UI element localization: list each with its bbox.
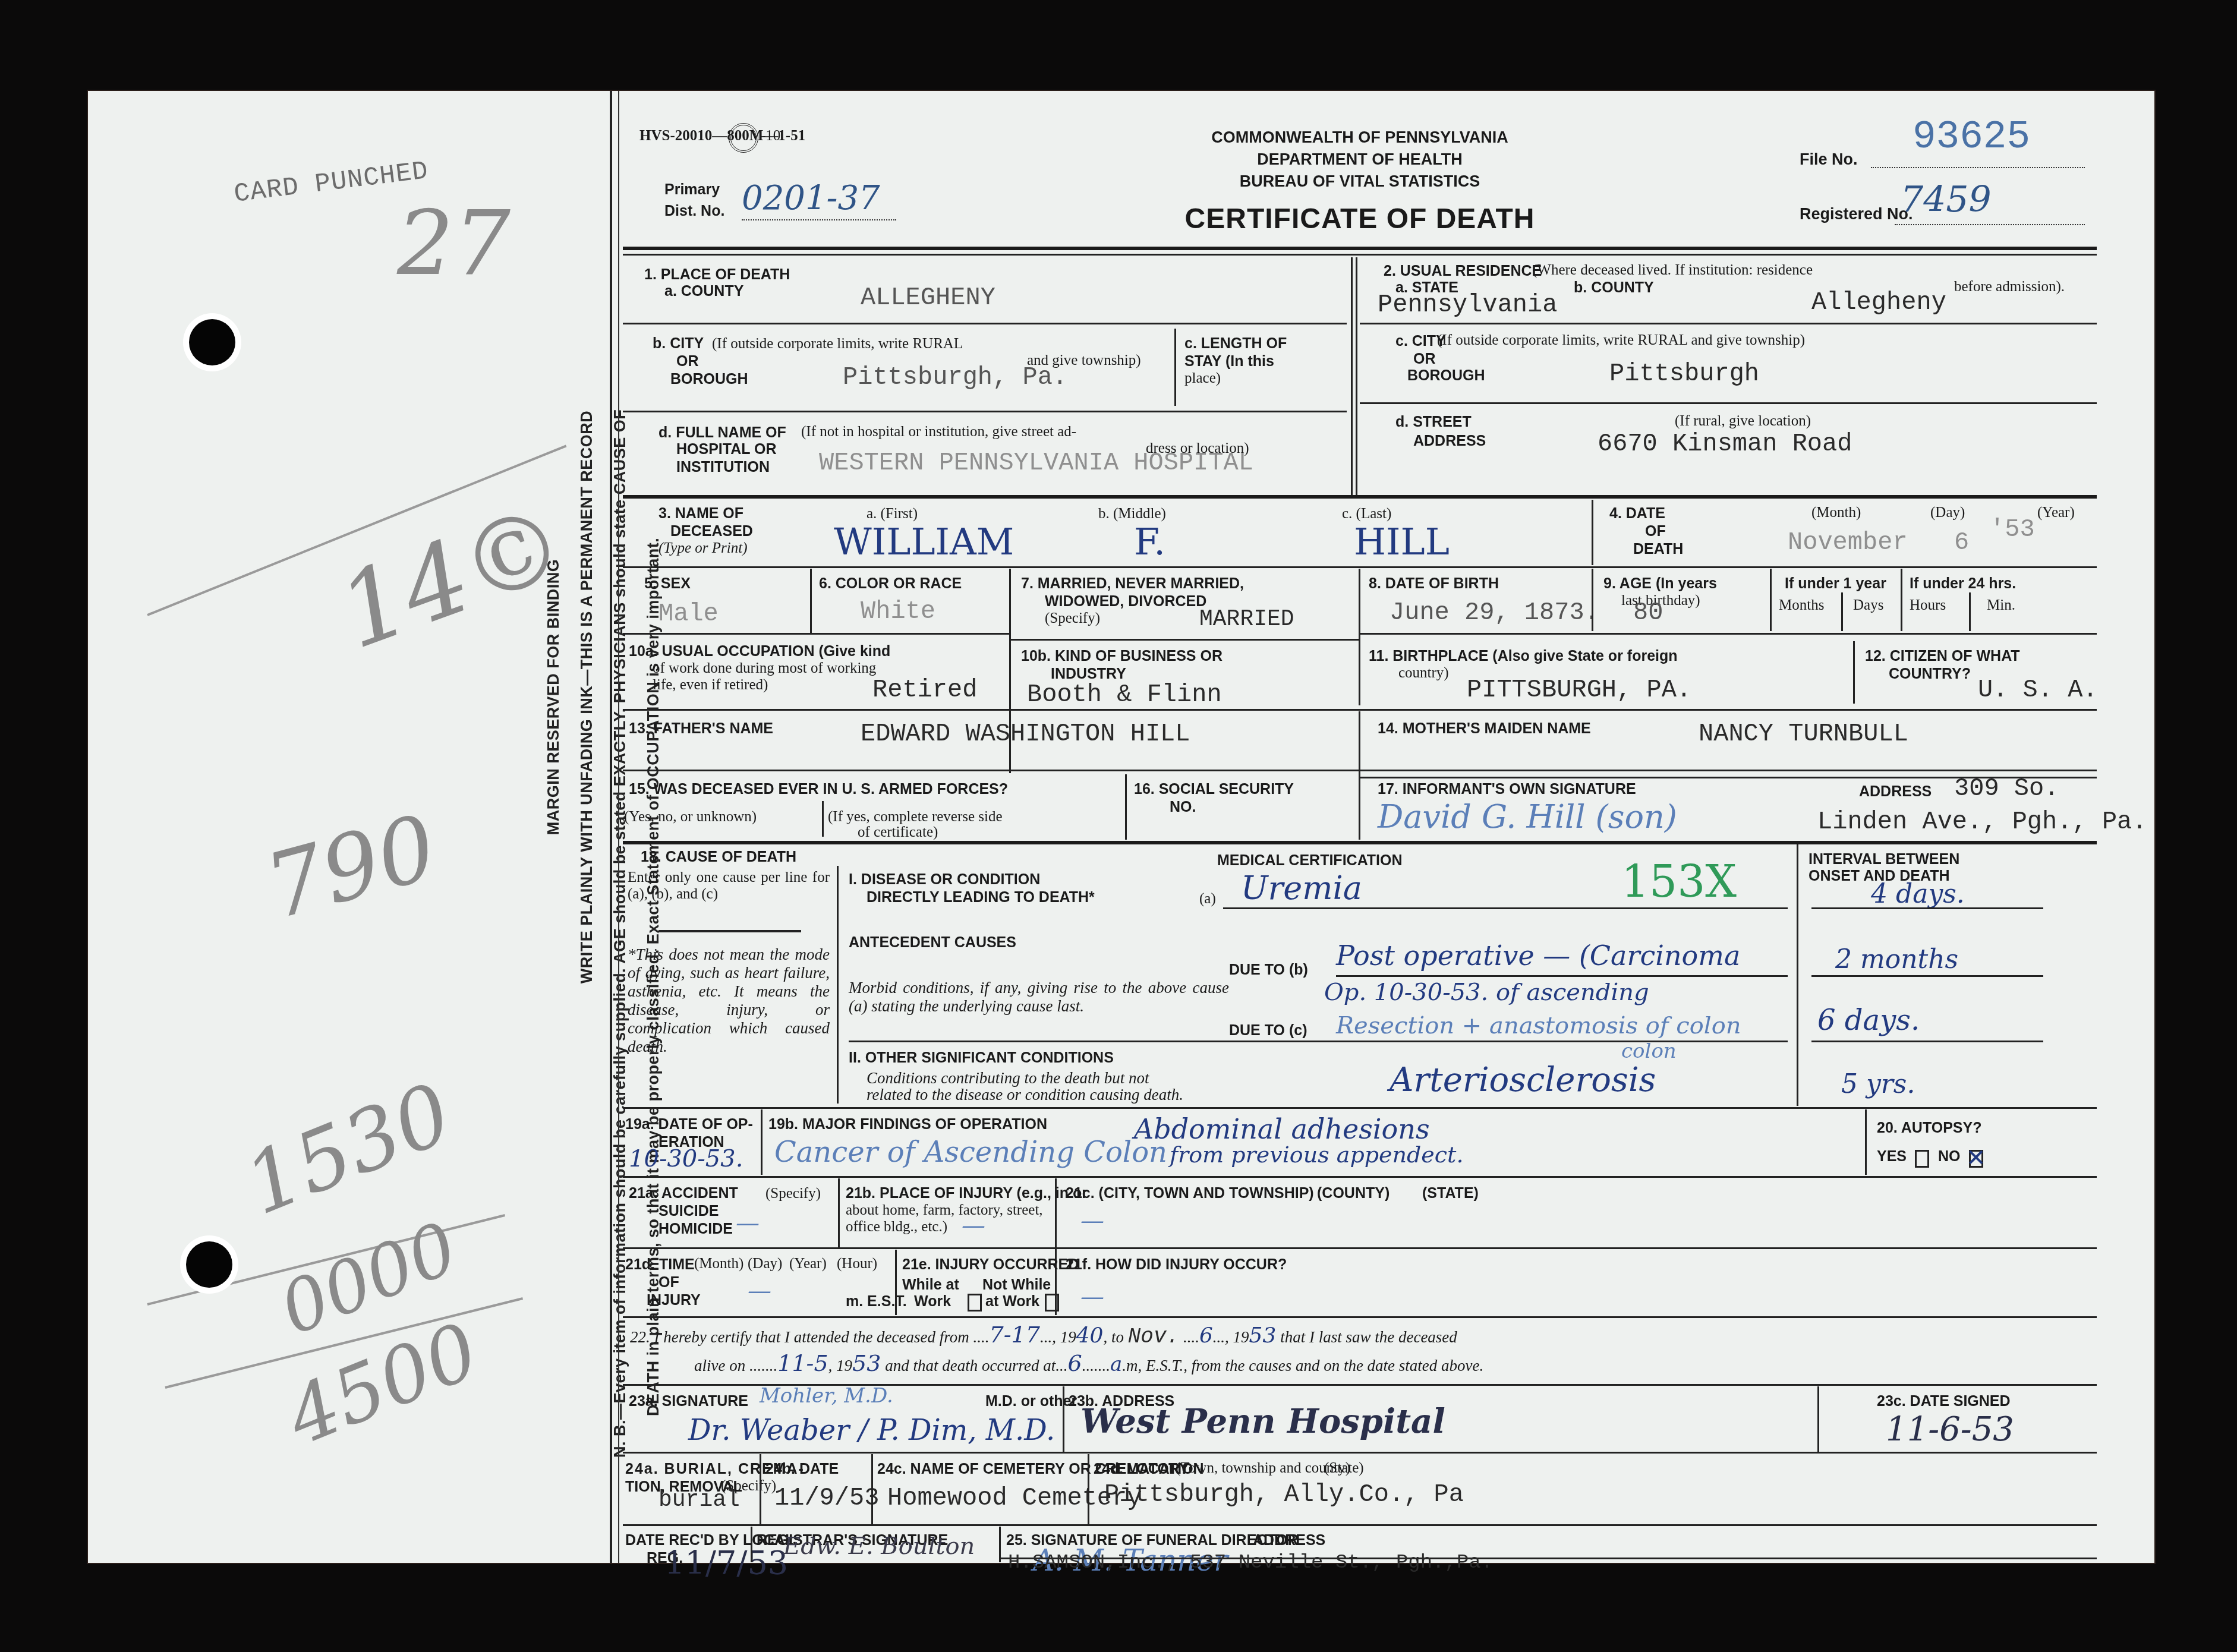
field-label: 23a. SIGNATURE bbox=[629, 1392, 748, 1410]
field-label: 21f. HOW DID INJURY OCCUR? bbox=[1066, 1256, 1287, 1273]
while-at-work-label: Work bbox=[914, 1292, 951, 1310]
residence-street-field[interactable]: 6670 Kinsman Road bbox=[1598, 430, 1852, 458]
how-injury-field[interactable]: — bbox=[1080, 1283, 1104, 1310]
operation-date-field[interactable]: 10-30-53. bbox=[629, 1145, 743, 1172]
divider bbox=[623, 1107, 2097, 1109]
death-day-field[interactable]: 6 bbox=[1954, 528, 1969, 557]
field-label: 13. FATHER'S NAME bbox=[629, 720, 773, 737]
field-label: OR bbox=[676, 352, 699, 370]
field-label: II. OTHER SIGNIFICANT CONDITIONS bbox=[849, 1049, 1114, 1067]
primary-dist-label: Primary Dist. No. bbox=[664, 179, 724, 222]
field-label: 5. SEX bbox=[644, 575, 691, 592]
divider bbox=[1359, 770, 2097, 771]
autopsy-yes-checkbox[interactable] bbox=[1915, 1150, 1929, 1168]
field-label: (STATE) bbox=[1422, 1184, 1479, 1202]
disposition-field[interactable]: burial bbox=[659, 1487, 740, 1513]
divider bbox=[838, 1178, 840, 1247]
divider bbox=[623, 633, 1009, 635]
autopsy-no-label: NO bbox=[1938, 1148, 1961, 1165]
divider bbox=[1359, 709, 2097, 711]
divider bbox=[1174, 329, 1176, 406]
side-instruction: *This does not mean the mode of dying, s… bbox=[628, 945, 830, 1056]
field-note: (Type or Print) bbox=[659, 540, 753, 557]
divider bbox=[871, 1454, 873, 1524]
cause-b-continuation[interactable]: Op. 10-30-53. of ascending bbox=[1324, 979, 1649, 1006]
attended-from-year[interactable]: 40 bbox=[1076, 1323, 1104, 1348]
father-name-field[interactable]: EDWARD WASHINGTON HILL bbox=[861, 720, 1190, 748]
divider bbox=[837, 866, 839, 1104]
divider bbox=[659, 930, 801, 932]
pencil-note: 27 bbox=[397, 192, 511, 295]
certification-text: alive on bbox=[694, 1357, 745, 1374]
field-label: DUE TO (c) bbox=[1229, 1022, 1307, 1039]
divider bbox=[1360, 402, 2097, 404]
autopsy-yes-label: YES bbox=[1877, 1148, 1907, 1165]
field-label: m. E.S.T. bbox=[846, 1292, 907, 1310]
field-label: 21d. TIME bbox=[625, 1256, 695, 1273]
field-label: HOMICIDE bbox=[659, 1220, 733, 1238]
divider bbox=[1088, 1454, 1089, 1524]
field-label: OF bbox=[1609, 522, 1683, 540]
attended-to-month[interactable]: Nov. bbox=[1128, 1325, 1179, 1349]
field-label: OR bbox=[1413, 350, 1436, 368]
divider bbox=[623, 1247, 2097, 1249]
mother-maiden-name-field[interactable]: NANCY TURNBULL bbox=[1699, 720, 1908, 748]
registered-no-field[interactable]: 7459 bbox=[1895, 179, 2085, 225]
field-note: of certificate) bbox=[858, 824, 938, 841]
citizenship-field[interactable]: U. S. A. bbox=[1978, 676, 2098, 704]
field-note: (a) bbox=[1199, 891, 1216, 907]
death-county-field[interactable]: ALLEGHENY bbox=[861, 283, 995, 312]
divider bbox=[1865, 1109, 1867, 1175]
field-label: DECEASED bbox=[659, 522, 753, 540]
divider bbox=[760, 1454, 761, 1524]
field-label: c. LENGTH OF bbox=[1184, 335, 1287, 352]
field-label: 21e. INJURY OCCURRED bbox=[902, 1256, 1079, 1273]
cause-b-line bbox=[1336, 975, 1788, 977]
cause-c-line bbox=[849, 1041, 1788, 1042]
interval-c-line bbox=[1811, 1041, 2043, 1042]
field-label: 12. CITIZEN OF WHAT bbox=[1865, 647, 2020, 665]
field-note: (If not in hospital or institution, give… bbox=[801, 424, 1076, 440]
residence-city-field[interactable]: Pittsburgh bbox=[1609, 360, 1759, 388]
field-note: office bldg., etc.) bbox=[846, 1219, 947, 1235]
cause-c-field[interactable]: Resection + anastomosis of colon bbox=[1336, 1012, 1741, 1039]
field-label: 19b. MAJOR FINDINGS OF OPERATION bbox=[768, 1115, 1047, 1133]
divider bbox=[1592, 500, 1593, 565]
while-at-work-checkbox[interactable] bbox=[968, 1294, 982, 1311]
field-label: b. COUNTY bbox=[1574, 279, 1654, 297]
not-at-work-label: at Work bbox=[985, 1292, 1039, 1310]
hospital-name-field[interactable]: WESTERN PENNSYLVANIA HOSPITAL bbox=[819, 449, 1253, 477]
injury-time-field[interactable]: — bbox=[748, 1277, 771, 1304]
form-border bbox=[618, 91, 619, 1563]
agency-block: COMMONWEALTH OF PENNSYLVANIA DEPARTMENT … bbox=[1146, 127, 1574, 193]
field-label: 15. WAS DECEASED EVER IN U. S. ARMED FOR… bbox=[629, 780, 1008, 798]
physician-signature-field[interactable]: Dr. Weaber / P. Dim, M.D. bbox=[688, 1414, 1055, 1447]
not-at-work-checkbox[interactable] bbox=[1045, 1294, 1059, 1311]
date-signed-field[interactable]: 11-6-53 bbox=[1886, 1410, 2014, 1449]
cause-c-continuation: colon bbox=[1621, 1039, 1677, 1063]
divider bbox=[1359, 711, 1360, 840]
divider bbox=[623, 411, 1347, 412]
field-label: 9. AGE (In years bbox=[1603, 575, 1717, 592]
binding-margin: CARD PUNCHED 27 14© 790 1530 0000 4500 M… bbox=[88, 91, 611, 1563]
field-note: (If outside corporate limits, write RURA… bbox=[712, 336, 963, 352]
last-seen-alive-year[interactable]: 53 bbox=[852, 1350, 881, 1376]
autopsy-no-checkbox[interactable] bbox=[1969, 1150, 1983, 1168]
injury-location-field[interactable]: — bbox=[1080, 1207, 1104, 1234]
item3-label: 3. NAME OF DECEASED (Type or Print) bbox=[659, 505, 753, 557]
death-certificate-paper: CARD PUNCHED 27 14© 790 1530 0000 4500 M… bbox=[88, 91, 2154, 1563]
operation-findings-line3[interactable]: from previous appendect. bbox=[1170, 1142, 1463, 1168]
attended-to-year[interactable]: 53 bbox=[1249, 1323, 1277, 1348]
field-note: (Specify) bbox=[765, 1186, 821, 1202]
field-label: 21b. PLACE OF INJURY (e.g., in or bbox=[846, 1184, 1088, 1202]
field-label: If under 24 hrs. bbox=[1910, 575, 2016, 592]
field-note: (Day) bbox=[1930, 505, 1965, 521]
residence-state-field[interactable]: Pennsylvania bbox=[1378, 291, 1557, 319]
certification-text: , 19 bbox=[1225, 1328, 1249, 1346]
divider bbox=[623, 495, 2097, 499]
divider bbox=[1356, 257, 1357, 495]
informant-signature-field[interactable]: David G. Hill (son) bbox=[1378, 798, 1677, 836]
field-label: SUICIDE bbox=[659, 1202, 719, 1220]
item4-label: 4. DATE OF DEATH bbox=[1609, 505, 1683, 558]
divider bbox=[623, 323, 1347, 324]
divider bbox=[623, 1524, 2097, 1526]
field-label: 3. NAME OF bbox=[659, 505, 753, 522]
divider bbox=[1901, 569, 1902, 631]
certification-text: , 19 bbox=[1052, 1328, 1076, 1346]
item18-cause-of-death: 18. CAUSE OF DEATH MEDICAL CERTIFICATION… bbox=[623, 844, 2097, 1106]
field-note: (Month) bbox=[1811, 505, 1861, 521]
field-label: 2. USUAL RESIDENCE bbox=[1384, 262, 1542, 280]
item2-usual-residence: 2. USUAL RESIDENCE (Where deceased lived… bbox=[1360, 257, 2097, 495]
interval-b-field[interactable]: 2 months bbox=[1835, 944, 1958, 975]
operation-findings-field[interactable]: Cancer of Ascending Colon bbox=[774, 1136, 1167, 1169]
field-label: DUE TO (b) bbox=[1229, 961, 1308, 979]
certification-line-2: alive on .......11-5, 1953 and that deat… bbox=[694, 1354, 1483, 1375]
other-conditions-field[interactable]: Arteriosclerosis bbox=[1390, 1061, 1656, 1099]
field-note: place) bbox=[1184, 370, 1287, 387]
item10a-label: 10a. USUAL OCCUPATION (Give kind of work… bbox=[629, 642, 890, 693]
union-seal-icon bbox=[729, 123, 758, 153]
field-note: related to the disease or condition caus… bbox=[867, 1086, 1183, 1104]
divider bbox=[1817, 1386, 1819, 1452]
field-note: before admission). bbox=[1954, 279, 2065, 295]
file-no-label: File No. bbox=[1800, 150, 1858, 169]
row-operation-autopsy: 19a. DATE OF OP- ERATION 10-30-53. 19b. … bbox=[623, 1109, 2097, 1175]
primary-label: Primary bbox=[664, 179, 724, 200]
margin-reserved-text: MARGIN RESERVED FOR BINDING bbox=[537, 91, 570, 1458]
write-plainly-text: WRITE PLAINLY WITH UNFADING INK—THIS IS … bbox=[570, 91, 603, 1458]
while-at-work-label: While at bbox=[902, 1276, 959, 1294]
interval-a-field[interactable]: 4 days. bbox=[1871, 879, 1965, 909]
field-label: INTERVAL BETWEEN bbox=[1808, 850, 1959, 868]
field-label: ANTECEDENT CAUSES bbox=[849, 934, 1016, 951]
field-label: 20. AUTOPSY? bbox=[1877, 1119, 1981, 1137]
interval-c-field[interactable]: 6 days. bbox=[1817, 1004, 1920, 1037]
sex-field[interactable]: Male bbox=[659, 600, 719, 628]
certification-text: .m, E.S.T., from the causes and on the d… bbox=[1122, 1357, 1483, 1374]
divider bbox=[1592, 569, 1593, 631]
row-injury-type-place: 21a. ACCIDENT SUICIDE HOMICIDE (Specify)… bbox=[623, 1178, 2097, 1247]
field-label: d. STREET bbox=[1395, 413, 1472, 431]
field-label: 11. BIRTHPLACE (Also give State or forei… bbox=[1369, 647, 1678, 665]
death-month-field[interactable]: November bbox=[1788, 528, 1908, 557]
field-note: (Where deceased lived. If institution: r… bbox=[1532, 262, 1813, 279]
item10b-label: 10b. KIND OF BUSINESS OR INDUSTRY bbox=[1021, 647, 1223, 683]
field-label: 14. MOTHER'S MAIDEN NAME bbox=[1378, 720, 1591, 737]
pencil-note: 1530 bbox=[232, 1065, 464, 1234]
field-label: OF bbox=[659, 1273, 679, 1291]
attended-to-day[interactable]: 6 bbox=[1199, 1323, 1213, 1348]
section-title: MEDICAL CERTIFICATION bbox=[1217, 852, 1403, 869]
field-label: DEATH bbox=[1609, 540, 1683, 558]
accident-type-field[interactable]: — bbox=[736, 1209, 760, 1237]
field-label: 16. SOCIAL SECURITY bbox=[1134, 780, 1294, 798]
burial-date-field[interactable]: 11/9/53 bbox=[774, 1484, 879, 1512]
informant-address-line1[interactable]: 309 So. bbox=[1954, 774, 2059, 803]
field-note: (Year) bbox=[789, 1256, 827, 1272]
side-instruction: Enter only one cause per line for (a), (… bbox=[628, 869, 830, 903]
field-note: (If yes, complete reverse side bbox=[828, 809, 1003, 825]
age-minutes-label: Min. bbox=[1987, 597, 2015, 614]
divider bbox=[895, 1250, 897, 1315]
certification-line-1: 22. I hereby certify that I attended the… bbox=[630, 1326, 1457, 1347]
field-note: (If outside corporate limits, write RURA… bbox=[1437, 332, 1805, 349]
field-label: 21a. ACCIDENT bbox=[629, 1184, 738, 1202]
field-label: INJURY bbox=[647, 1291, 701, 1309]
certificate-header: HVS-20010—800M—1-51 -10 COMMONWEALTH OF … bbox=[623, 91, 2144, 242]
divider bbox=[1351, 257, 1353, 495]
field-label: INSTITUTION bbox=[676, 458, 770, 476]
divider bbox=[1360, 323, 2097, 324]
field-label: 21c. (CITY, TOWN AND TOWNSHIP) bbox=[1066, 1184, 1314, 1202]
marital-status-field[interactable]: MARRIED bbox=[1199, 607, 1294, 632]
field-label: BOROUGH bbox=[1407, 367, 1485, 384]
divider bbox=[623, 1452, 2097, 1454]
age-hours-label: Hours bbox=[1910, 597, 1946, 614]
informant-address-line2[interactable]: Linden Ave., Pgh., Pa. bbox=[1817, 808, 2147, 836]
field-label: 23c. DATE SIGNED bbox=[1877, 1392, 2011, 1410]
interval-b-line bbox=[1811, 975, 2043, 977]
certificate-form: HVS-20010—800M—1-51 -10 COMMONWEALTH OF … bbox=[623, 91, 2144, 1563]
death-city-field[interactable]: Pittsburgh, Pa. bbox=[843, 363, 1067, 392]
certification-text: and that death occurred at bbox=[885, 1357, 1056, 1374]
field-label: I. DISEASE OR CONDITION bbox=[849, 871, 1040, 888]
field-label: 17. INFORMANT'S OWN SIGNATURE bbox=[1378, 780, 1636, 798]
field-note: life, even if retired) bbox=[629, 677, 890, 693]
time-of-death-field[interactable]: 6 bbox=[1067, 1350, 1082, 1376]
divider bbox=[623, 1316, 2097, 1318]
row-name-date-of-death: 3. NAME OF DECEASED (Type or Print) a. (… bbox=[623, 500, 2097, 565]
field-note: (If rural, give location) bbox=[1675, 413, 1811, 430]
divider bbox=[623, 254, 2097, 256]
interval-a-line bbox=[1811, 907, 2043, 909]
field-note: (Hour) bbox=[837, 1256, 877, 1272]
field-note: of work done during most of working bbox=[629, 660, 890, 677]
field-label: 4. DATE bbox=[1609, 505, 1683, 522]
pencil-note: 790 bbox=[256, 796, 447, 940]
birthplace-field[interactable]: PITTSBURGH, PA. bbox=[1467, 676, 1691, 704]
certification-text: , to bbox=[1104, 1328, 1124, 1346]
divider bbox=[623, 1176, 2097, 1178]
attended-from-date[interactable]: 7-17 bbox=[990, 1322, 1040, 1348]
death-year-field[interactable]: '53 bbox=[1990, 515, 2035, 544]
industry-field[interactable]: Booth & Flinn bbox=[1027, 680, 1222, 709]
divider bbox=[751, 1527, 752, 1562]
coder-mark: 153X bbox=[1621, 856, 1737, 907]
primary-dist-no-field[interactable]: 0201-37 bbox=[742, 179, 896, 220]
field-note: (Day) bbox=[748, 1256, 782, 1272]
autopsy-options: YES NO bbox=[1877, 1147, 1989, 1168]
field-label: 24b. DATE bbox=[765, 1460, 839, 1478]
row-sex-race-marital-birth-age: 5. SEX Male 6. COLOR OR RACE White 7. MA… bbox=[623, 569, 2097, 634]
field-label: 8. DATE OF BIRTH bbox=[1369, 575, 1499, 592]
divider bbox=[1770, 569, 1772, 631]
field-label: 1. PLACE OF DEATH bbox=[644, 266, 790, 283]
page-title: CERTIFICATE OF DEATH bbox=[1080, 203, 1639, 235]
date-received-field[interactable]: 11/7/53 bbox=[664, 1544, 788, 1582]
divider bbox=[1853, 641, 1855, 704]
length-of-stay-label: c. LENGTH OF STAY (In this place) bbox=[1184, 335, 1287, 387]
divider bbox=[623, 770, 1359, 771]
divider bbox=[999, 1527, 1001, 1562]
not-at-work-label: Not While bbox=[982, 1276, 1051, 1294]
field-label: If under 1 year bbox=[1785, 575, 1886, 592]
field-label: ADDRESS bbox=[1859, 783, 1932, 800]
race-field[interactable]: White bbox=[861, 597, 935, 626]
burial-location-field[interactable]: Pittsburgh, Ally.Co., Pa bbox=[1104, 1480, 1464, 1509]
punch-hole bbox=[189, 319, 235, 365]
age-days-label: Days bbox=[1853, 597, 1883, 614]
field-label: 10b. KIND OF BUSINESS OR bbox=[1021, 647, 1223, 665]
divider bbox=[1359, 633, 2097, 635]
field-label: 7. MARRIED, NEVER MARRIED, bbox=[1021, 575, 1244, 592]
field-label: ADDRESS bbox=[1413, 432, 1486, 450]
am-pm-field[interactable]: a bbox=[1110, 1353, 1122, 1376]
punch-hole bbox=[186, 1241, 232, 1288]
divider bbox=[1841, 592, 1843, 631]
agency-line: BUREAU OF VITAL STATISTICS bbox=[1146, 171, 1574, 193]
age-field[interactable]: 80 bbox=[1633, 598, 1663, 627]
deceased-first-name-field[interactable]: WILLIAM bbox=[834, 520, 1014, 563]
field-label: d. FULL NAME OF bbox=[659, 424, 786, 442]
field-note: Morbid conditions, if any, giving rise t… bbox=[849, 979, 1229, 1016]
field-label: 18. CAUSE OF DEATH bbox=[641, 848, 796, 866]
date-of-birth-field[interactable]: June 29, 1873. bbox=[1390, 598, 1599, 627]
field-note: Conditions contributing to the death but… bbox=[867, 1069, 1149, 1087]
deceased-middle-name-field[interactable]: F. bbox=[1134, 520, 1165, 563]
cause-b-field[interactable]: Post operative — (Carcinoma bbox=[1336, 940, 1740, 972]
field-note: (Yes, no, or unknown) bbox=[624, 809, 757, 825]
funeral-director-address-field[interactable]: H.SAMSON,Inc., 537 Neville St., Pgh.,Pa. bbox=[1008, 1552, 1493, 1574]
residence-county-field[interactable]: Allegheny bbox=[1811, 288, 1946, 317]
divider bbox=[1797, 844, 1798, 1106]
field-label: STAY (In this bbox=[1184, 352, 1287, 370]
divider bbox=[810, 569, 812, 634]
field-label: a. COUNTY bbox=[664, 282, 743, 300]
deceased-last-name-field[interactable]: HILL bbox=[1354, 520, 1450, 563]
field-label: BOROUGH bbox=[670, 370, 748, 388]
row-physician-signature: 23a. SIGNATURE Mohler, M.D. Dr. Weaber /… bbox=[623, 1386, 2097, 1452]
interval-other-field[interactable]: 5 yrs. bbox=[1841, 1069, 1915, 1099]
agency-line: DEPARTMENT OF HEALTH bbox=[1146, 149, 1574, 171]
field-note: (Year) bbox=[2037, 505, 2075, 521]
certification-text: that I last saw the deceased bbox=[1280, 1328, 1457, 1346]
seal-number: -10 bbox=[761, 128, 780, 144]
row-burial: 24a. BURIAL, CREMA- TION, REMOVAL (Speci… bbox=[623, 1454, 2097, 1524]
field-label: ADDRESS bbox=[1253, 1531, 1325, 1549]
agency-line: COMMONWEALTH OF PENNSYLVANIA bbox=[1146, 127, 1574, 149]
last-seen-alive-date[interactable]: 11-5 bbox=[777, 1350, 828, 1376]
dist-no-label: Dist. No. bbox=[664, 200, 724, 222]
field-label: b. CITY bbox=[653, 335, 704, 352]
field-label: HOSPITAL OR bbox=[676, 440, 777, 458]
physician-address-field[interactable]: West Penn Hospital bbox=[1080, 1402, 1445, 1441]
divider bbox=[761, 1109, 763, 1175]
divider bbox=[623, 566, 2097, 568]
field-label: 19a. DATE OF OP- bbox=[625, 1115, 753, 1133]
field-label: NO. bbox=[1170, 798, 1196, 816]
row-injury-time-how: 21d. TIME OF INJURY (Month) (Day) (Year)… bbox=[623, 1250, 2097, 1315]
field-label: 10a. USUAL OCCUPATION (Give kind bbox=[629, 642, 890, 660]
operation-findings-line2[interactable]: Abdominal adhesions bbox=[1134, 1113, 1430, 1145]
divider bbox=[822, 801, 824, 837]
row-occupation-birthplace-citizenship: 10a. USUAL OCCUPATION (Give kind of work… bbox=[623, 636, 2097, 708]
cause-a-field[interactable]: Uremia bbox=[1241, 869, 1362, 907]
cause-a-line bbox=[1223, 907, 1788, 909]
age-months-label: Months bbox=[1779, 597, 1824, 614]
registrar-signature-field[interactable]: Edw. E. Boulton bbox=[783, 1533, 975, 1560]
divider bbox=[1969, 592, 1971, 631]
item22-physician-certification: 22. I hereby certify that I attended the… bbox=[623, 1319, 2097, 1384]
field-label: 6. COLOR OR RACE bbox=[819, 575, 962, 592]
field-label: (COUNTY) bbox=[1317, 1184, 1390, 1202]
injury-place-field[interactable]: — bbox=[962, 1212, 985, 1239]
certification-text: 22. I hereby certify that I attended the… bbox=[630, 1328, 969, 1346]
field-note: (State) bbox=[1324, 1460, 1364, 1477]
divider bbox=[1125, 774, 1127, 840]
divider bbox=[623, 247, 2097, 250]
form-border bbox=[610, 91, 612, 1563]
certification-text: , 19 bbox=[828, 1357, 853, 1374]
divider bbox=[1063, 1386, 1064, 1452]
field-note: (Month) bbox=[694, 1256, 743, 1272]
file-no-field[interactable]: 93625 bbox=[1871, 115, 2085, 168]
field-label: DIRECTLY LEADING TO DEATH* bbox=[867, 888, 1095, 906]
physician-signature-stamp: Mohler, M.D. bbox=[760, 1384, 893, 1408]
divider bbox=[623, 709, 1359, 711]
occupation-field[interactable]: Retired bbox=[872, 676, 977, 704]
field-note: about home, farm, factory, street, bbox=[846, 1202, 1043, 1219]
